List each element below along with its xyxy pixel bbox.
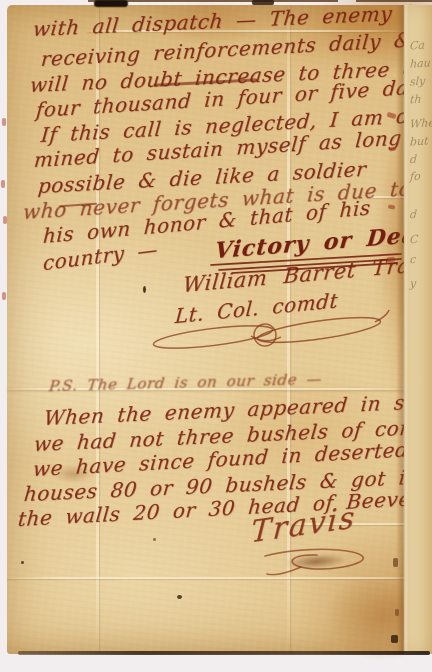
scan-edge-line — [356, 0, 432, 2]
ink-speck — [143, 286, 146, 293]
ink-mark — [388, 204, 396, 209]
page-fold-shadow — [396, 5, 408, 654]
signature-flourish — [147, 306, 392, 360]
scanned-letter-page: with all dispatch — The enemy is receivi… — [0, 0, 432, 672]
adjacent-page-text-fragment: d — [410, 208, 418, 222]
edge-ink-tick — [1, 180, 5, 188]
adjacent-page-text-fragment: hau — [410, 56, 432, 71]
ink-mark — [395, 609, 399, 616]
adjacent-page-text-fragment: sly — [410, 74, 426, 88]
edge-ink-tick — [3, 216, 7, 224]
scan-edge-blot — [94, 0, 128, 7]
ink-mark — [391, 635, 398, 643]
ink-mark — [393, 558, 398, 567]
ink-speck — [21, 561, 24, 564]
scan-edge-blot — [252, 0, 274, 5]
letter-paper-sheet: with all dispatch — The enemy is receivi… — [7, 5, 432, 654]
adjacent-page-text-fragment: but — [410, 134, 429, 148]
ink-speck — [177, 595, 182, 599]
adjacent-page-text-fragment: d — [410, 153, 418, 167]
page-bottom-edge-shadow — [18, 651, 430, 655]
adjacent-page-text-fragment: Ca — [410, 38, 426, 52]
postscript-line: P.S. The Lord is on our side — — [48, 370, 323, 395]
adjacent-page-text-fragment: Whe — [410, 116, 432, 131]
ink-speck — [153, 538, 156, 541]
adjacent-page-text-fragment: th — [410, 93, 422, 107]
adjacent-page-text-fragment: c — [410, 253, 417, 267]
adjacent-page-text-fragment: fo — [410, 170, 422, 184]
adjacent-page-text-fragment: C — [410, 233, 419, 247]
edge-ink-tick — [2, 292, 6, 300]
edge-ink-tick — [2, 118, 6, 126]
adjacent-page-text-fragment: y — [410, 277, 417, 291]
postscript-signature-flourish — [257, 546, 372, 582]
